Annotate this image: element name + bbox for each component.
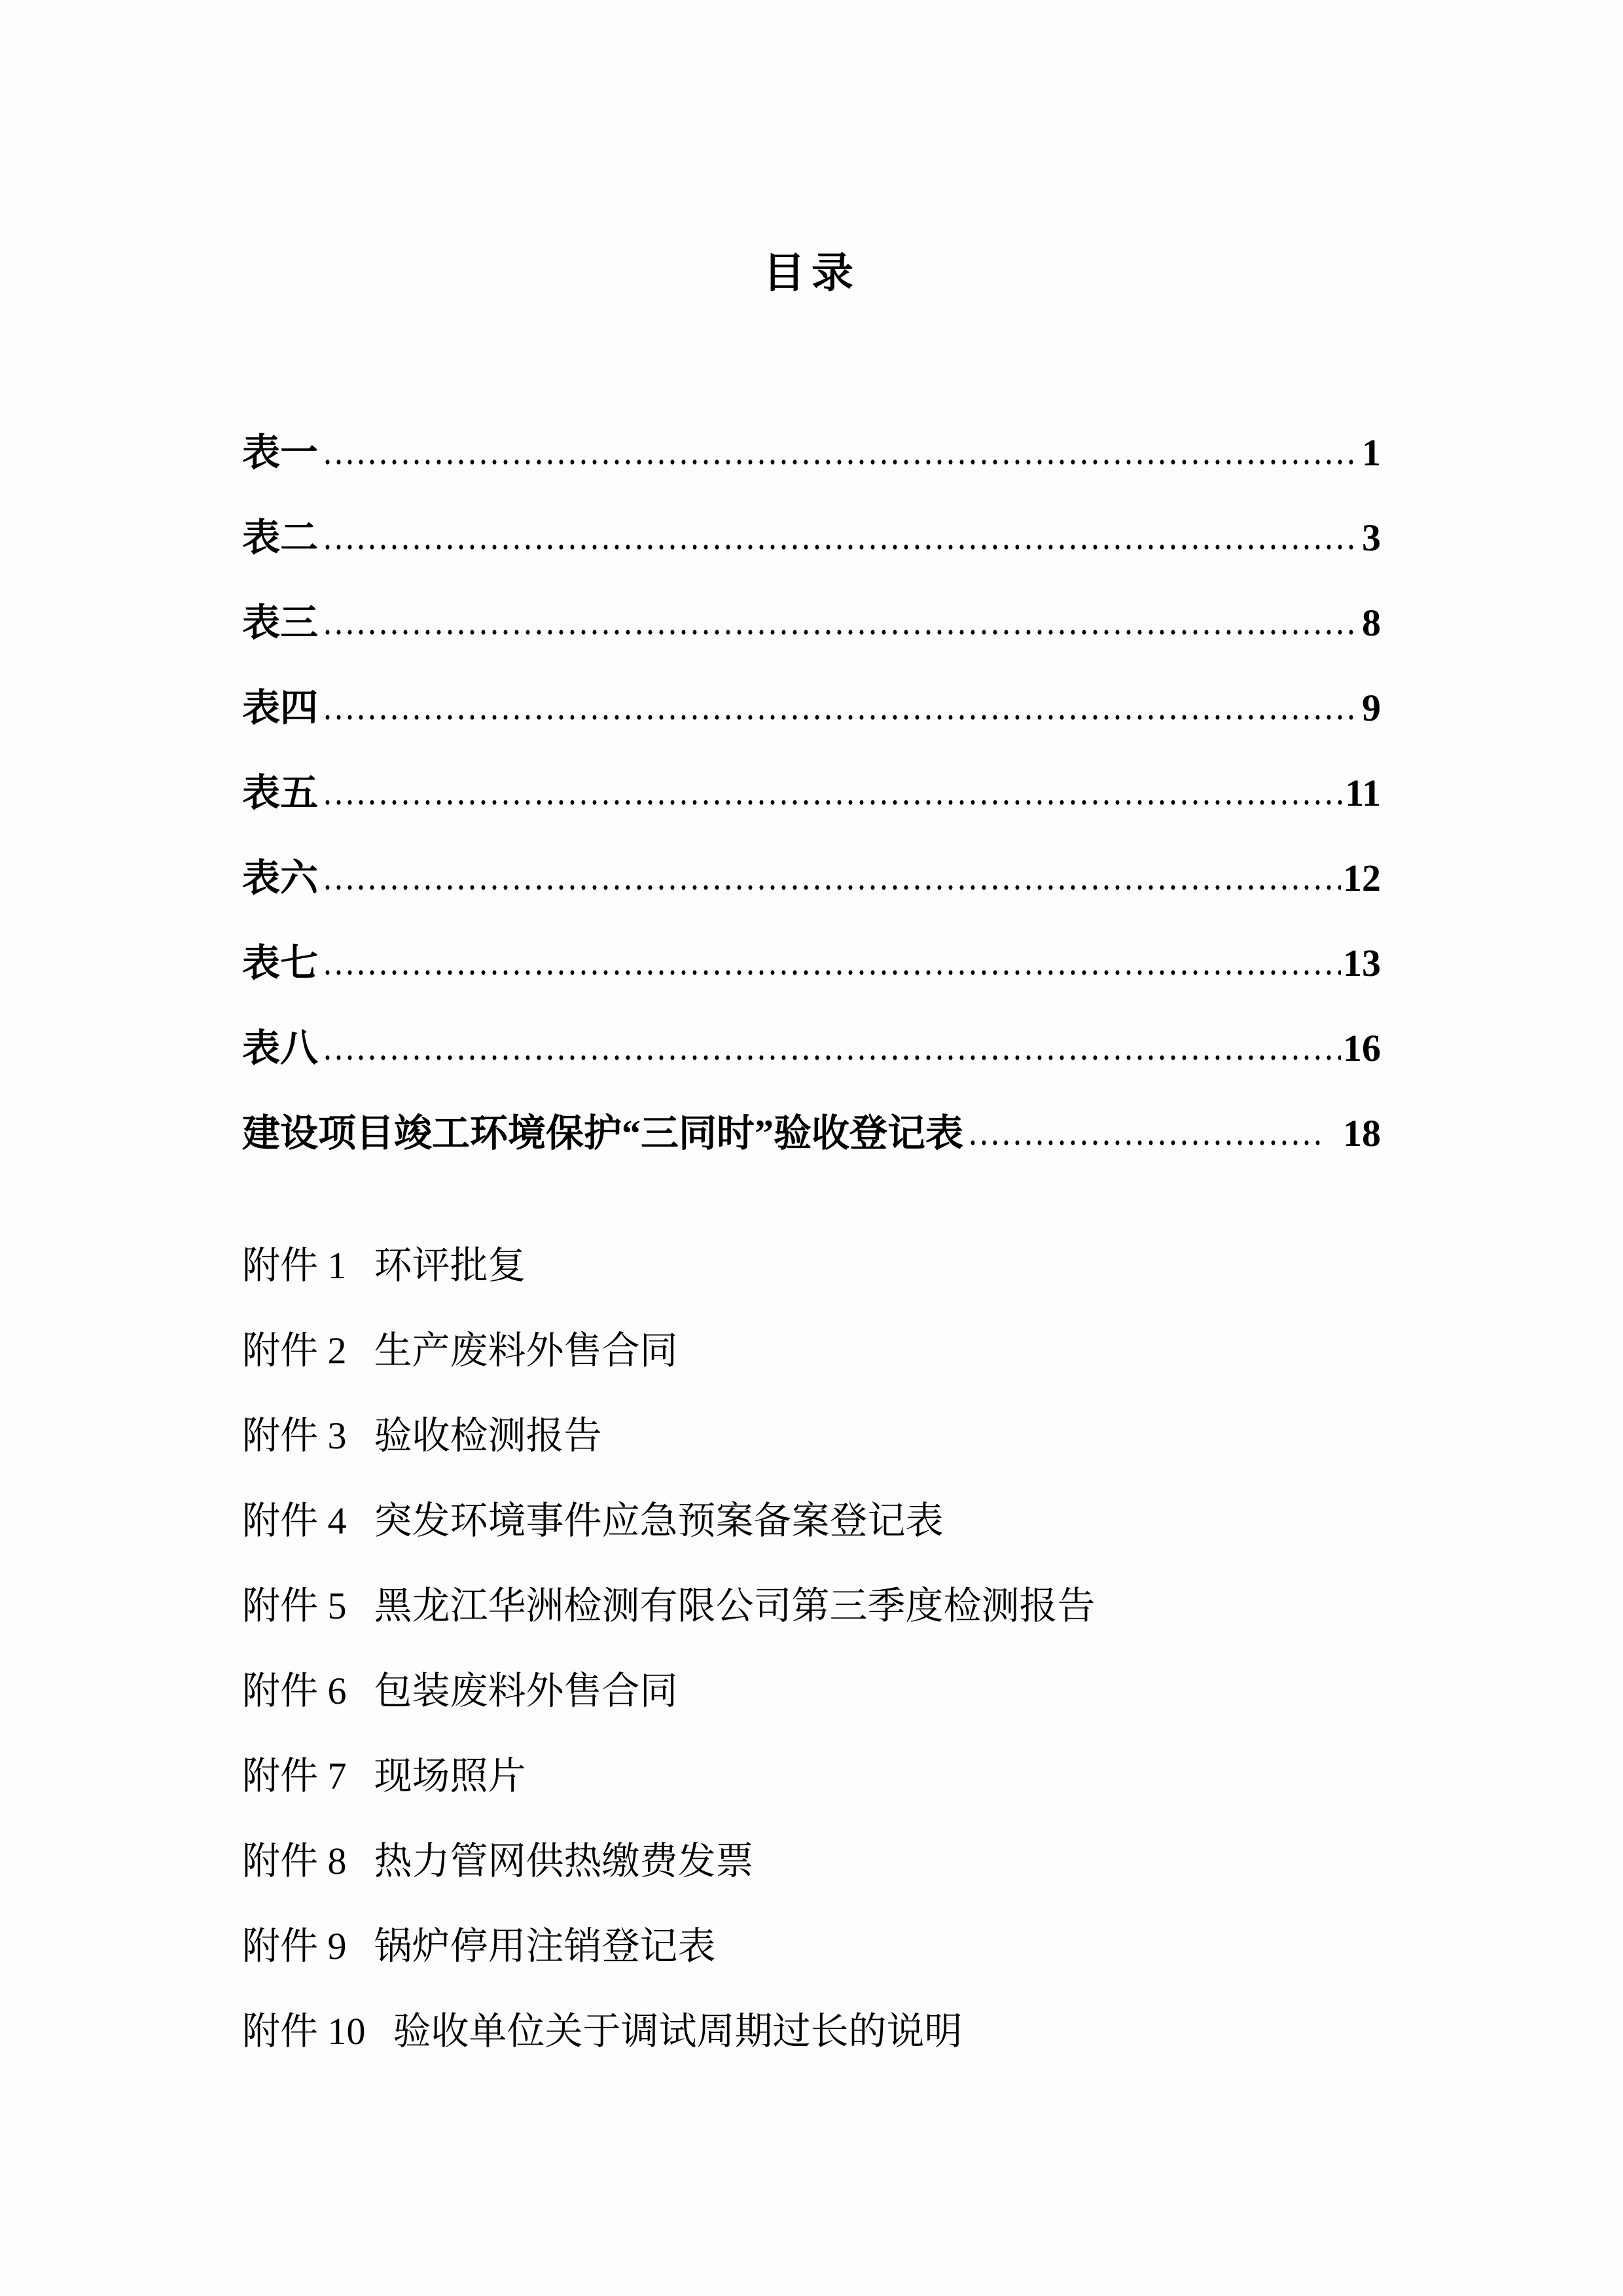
dot-leader	[967, 1139, 1324, 1146]
toc-entry[interactable]: 表六 12	[242, 836, 1381, 921]
toc-entry[interactable]: 表二 3	[242, 495, 1381, 581]
attachment-title: 包装废料外售合同	[374, 1649, 678, 1734]
toc-entry-registration-form[interactable]: 建设项目竣工环境保护“三同时”验收登记表 18	[242, 1091, 1381, 1176]
toc-entry-page: 8	[1362, 581, 1381, 666]
attachment-item: 附件 3 验收检测报告	[242, 1393, 1381, 1479]
attachment-title: 热力管网供热缴费发票	[374, 1819, 754, 1904]
toc-entry-page: 16	[1343, 1006, 1381, 1091]
attachment-label: 附件 4	[242, 1479, 347, 1564]
toc-entry[interactable]: 表三 8	[242, 581, 1381, 666]
attachment-label: 附件 3	[242, 1393, 347, 1479]
attachment-item: 附件 5 黑龙江华洲检测有限公司第三季度检测报告	[242, 1564, 1381, 1649]
attachment-title: 验收检测报告	[374, 1393, 602, 1479]
attachment-item: 附件 9 锅炉停用注销登记表	[242, 1904, 1381, 1989]
attachment-title: 环评批复	[374, 1223, 526, 1308]
dot-leader	[322, 1054, 1341, 1061]
toc-entry-label: 表四	[242, 666, 318, 751]
toc-entry-page: 18	[1326, 1091, 1381, 1176]
attachment-title: 黑龙江华洲检测有限公司第三季度检测报告	[374, 1564, 1096, 1649]
attachment-label: 附件 10	[242, 1989, 366, 2074]
attachment-label: 附件 8	[242, 1819, 347, 1904]
attachment-item: 附件 10 验收单位关于调试周期过长的说明	[242, 1989, 1381, 2074]
toc-entry-label: 建设项目竣工环境保护“三同时”验收登记表	[242, 1091, 963, 1176]
attachment-label: 附件 5	[242, 1564, 347, 1649]
toc-entry-label: 表二	[242, 495, 318, 581]
toc-entry-page: 12	[1343, 836, 1381, 921]
attachment-item: 附件 8 热力管网供热缴费发票	[242, 1819, 1381, 1904]
attachment-title: 生产废料外售合同	[374, 1308, 678, 1393]
toc-entry-label: 表六	[242, 836, 318, 921]
toc-list: 表一 1 表二 3 表三 8 表四 9 表五 11 表六 12	[242, 410, 1381, 1176]
attachment-label: 附件 6	[242, 1649, 347, 1734]
dot-leader	[322, 544, 1360, 550]
toc-entry-page: 13	[1343, 921, 1381, 1006]
attachment-item: 附件 7 现场照片	[242, 1734, 1381, 1819]
attachment-title: 验收单位关于调试周期过长的说明	[393, 1989, 963, 2074]
attachment-label: 附件 2	[242, 1308, 347, 1393]
dot-leader	[322, 969, 1341, 976]
attachment-label: 附件 1	[242, 1223, 347, 1308]
attachment-title: 现场照片	[374, 1734, 526, 1819]
toc-entry-label: 表三	[242, 581, 318, 666]
attachment-title: 突发环境事件应急预案备案登记表	[374, 1479, 944, 1564]
toc-entry[interactable]: 表一 1	[242, 410, 1381, 495]
attachment-label: 附件 9	[242, 1904, 347, 1989]
attachment-item: 附件 6 包装废料外售合同	[242, 1649, 1381, 1734]
dot-leader	[322, 799, 1343, 806]
toc-entry-label: 表七	[242, 921, 318, 1006]
dot-leader	[322, 629, 1360, 636]
toc-page: 目录 表一 1 表二 3 表三 8 表四 9 表五 11 表六	[0, 0, 1623, 2296]
attachment-label: 附件 7	[242, 1734, 347, 1819]
toc-entry[interactable]: 表七 13	[242, 921, 1381, 1006]
toc-entry-page: 1	[1362, 410, 1381, 495]
attachment-item: 附件 1 环评批复	[242, 1223, 1381, 1308]
toc-entry[interactable]: 表四 9	[242, 666, 1381, 751]
toc-entry[interactable]: 表五 11	[242, 751, 1381, 836]
dot-leader	[322, 884, 1341, 891]
attachment-item: 附件 4 突发环境事件应急预案备案登记表	[242, 1479, 1381, 1564]
toc-entry-label: 表八	[242, 1006, 318, 1091]
toc-entry[interactable]: 表八 16	[242, 1006, 1381, 1091]
dot-leader	[322, 714, 1360, 721]
toc-entry-label: 表五	[242, 751, 318, 836]
toc-entry-page: 9	[1362, 666, 1381, 751]
attachment-item: 附件 2 生产废料外售合同	[242, 1308, 1381, 1393]
attachment-title: 锅炉停用注销登记表	[374, 1904, 716, 1989]
toc-entry-label: 表一	[242, 410, 318, 495]
toc-entry-page: 3	[1362, 495, 1381, 581]
toc-entry-page: 11	[1345, 751, 1381, 836]
page-title: 目录	[242, 252, 1381, 295]
attachment-list: 附件 1 环评批复 附件 2 生产废料外售合同 附件 3 验收检测报告 附件 4…	[242, 1223, 1381, 2074]
dot-leader	[322, 459, 1360, 465]
